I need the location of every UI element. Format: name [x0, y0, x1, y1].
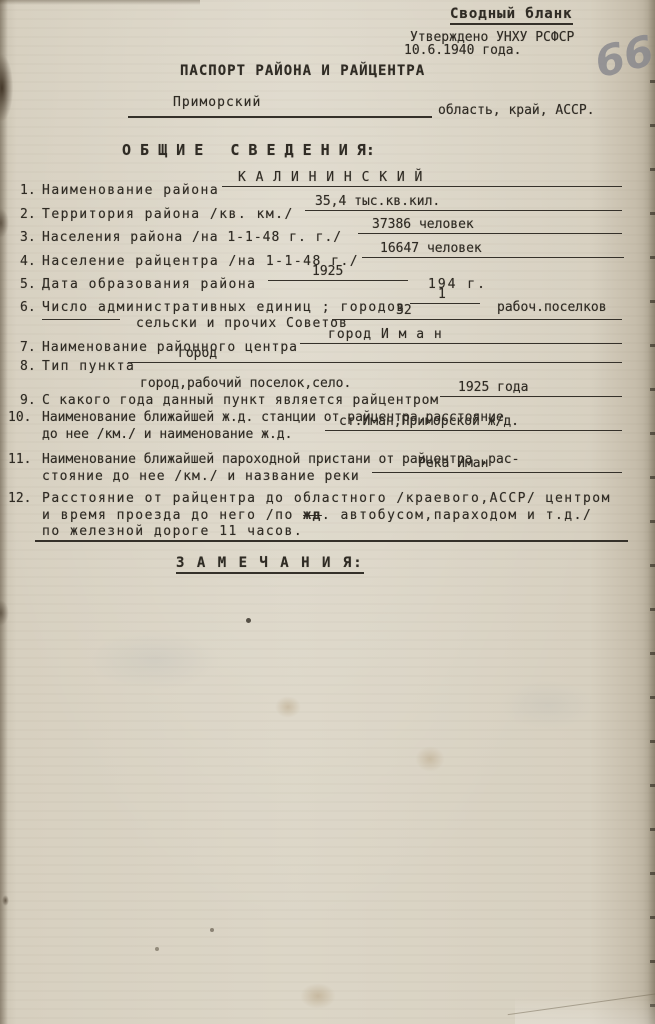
field-center-name-value: город И м а н [300, 327, 622, 344]
item-number: 5. [20, 277, 36, 292]
field-territory-label: Территория района /кв. км./ [42, 207, 294, 222]
item-number: 3. [20, 230, 36, 245]
field-distance-label-line3: по железной дороге 11 часов. [42, 524, 303, 539]
field-pier-label-line2: стояние до нее /км./ и название реки [42, 469, 360, 484]
field-settlement-type-value: город [128, 346, 622, 363]
field-distance-label-line1: Расстояние от райцентра до областного /к… [42, 491, 611, 506]
adjacent-page-edge [643, 0, 655, 1024]
ink-speck [155, 947, 159, 951]
field-formation-date-value: 1925 [268, 264, 408, 281]
stamp-form-type: Сводный бланк [450, 7, 573, 25]
item-number: 1. [20, 183, 36, 198]
binding-stain [0, 600, 9, 626]
adjacent-page-ruling [650, 80, 655, 1010]
scanned-form-page: Сводный бланк Утверждено УНХУ РСФСР 10.6… [0, 0, 655, 1024]
field-river-name-value: Река Иман [372, 456, 622, 473]
item-number: 9. [20, 393, 36, 408]
page-fold-line [508, 992, 655, 1015]
binding-stain [2, 895, 9, 906]
ink-speck [210, 928, 214, 932]
item-number: 10. [8, 410, 31, 425]
remarks-heading: З А М Е Ч А Н И Я: [176, 556, 364, 574]
field-rural-soviets-value: 32 [332, 303, 622, 320]
section-heading: О Б Щ И Е С В Е Д Е Н И Я: [122, 143, 375, 158]
field-center-since-label: С какого года данный пункт является райц… [42, 393, 439, 408]
distance-line2-suffix: . автобусом,параходом и т.д./ [322, 508, 592, 523]
binding-stain [0, 55, 13, 121]
field-territory-value: 35,4 тыс.кв.кил. [305, 194, 622, 211]
field-distance-underline [35, 540, 628, 542]
field-rail-station-value: ст.Иман,Приморской ж/д. [325, 414, 622, 431]
region-value: Приморский [173, 95, 261, 110]
field-center-population-value: 16647 человек [362, 241, 624, 258]
item-number: 11. [8, 452, 31, 467]
field-formation-date-label: Дата образования района [42, 277, 257, 292]
binding-stain [0, 208, 9, 238]
item-number: 8. [20, 359, 36, 374]
stamp-approved-date: 10.6.1940 года. [404, 43, 521, 58]
field-settlements-blank [42, 303, 120, 320]
item-number: 4. [20, 254, 36, 269]
field-district-population-value: 37386 человек [358, 217, 622, 234]
distance-line2-prefix: и время проезда до него /по [42, 508, 303, 523]
ink-speck [246, 618, 251, 623]
handwritten-page-number: 66 [590, 26, 655, 88]
paper-stain [415, 746, 445, 772]
region-underline [128, 116, 432, 118]
field-district-population-label: Населения района /на 1-1-48 г. г./ [42, 230, 342, 245]
field-center-since-value: 1925 года [440, 380, 622, 397]
paper-stain [275, 696, 301, 718]
field-settlement-type-hint: город,рабочий поселок,село. [140, 376, 351, 391]
item-number: 6. [20, 300, 36, 315]
paper-discoloration [90, 630, 220, 690]
region-suffix-label: область, край, АССР. [438, 103, 595, 118]
paper-discoloration [500, 680, 595, 730]
item-number: 2. [20, 207, 36, 222]
field-settlement-type-label: Тип пункта [42, 359, 135, 374]
field-district-name-label: Наименование района [42, 183, 219, 198]
field-rail-station-label-line2: до нее /км./ и наименование ж.д. [42, 427, 292, 442]
field-distance-label-line2: и время проезда до него /по жд. автобусо… [42, 508, 592, 523]
item-number: 12. [8, 491, 31, 506]
distance-line2-overtyped: жд [303, 508, 322, 523]
field-district-name-value: К А Л И Н И Н С К И Й [222, 170, 622, 187]
page-top-shadow [0, 0, 200, 5]
field-cities-count-value: 1 [410, 287, 480, 304]
paper-stain [300, 983, 336, 1009]
item-number: 7. [20, 340, 36, 355]
page-binding-edge [0, 0, 8, 1024]
page-corner-curl [515, 984, 655, 1024]
form-title: ПАСПОРТ РАЙОНА И РАЙЦЕНТРА [180, 64, 425, 79]
